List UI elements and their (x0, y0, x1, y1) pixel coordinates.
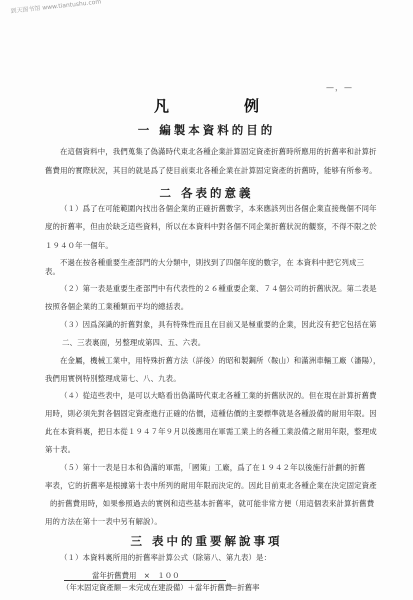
paragraph-line: （４）從這些表中，是可以大略看出偽滿時代東北各種工業的折舊狀況的。但在現在計算折… (60, 391, 377, 400)
page-title: 凡 例 (0, 95, 413, 116)
paragraph-line: 用時，則必須先對各個固定資產進行正確的估價，這種估價的主要標準就是各種設備的耐用… (45, 409, 377, 418)
paragraph-line: 不過在按各種重要生產部門的大分類中，則找到了四個年度的數字，在 本資料中把它列成… (60, 258, 364, 267)
paragraph-line: 度的折舊率，但由於缺乏這些資料，所以在本資料中對各個不同企業折舊狀況的觀察，不得… (45, 222, 377, 231)
paragraph-line: 在這個資料中，我們蒐集了偽滿時代東北各種企業計算固定資產折舊時所應用的折舊率和計… (60, 147, 377, 156)
paragraph-line: （５）第十一表是日本和偽滿的軍需，「國策」工廠，爲了在１９４２年以後施行計劃的折… (60, 463, 365, 472)
paragraph-line: （３）因爲深識的折舊對象，具有特殊性而且在目前又是極重要的企業，因此沒有把它包括… (60, 320, 377, 329)
paragraph-line: １９４０年一個年。 (45, 241, 113, 250)
formula-denominator: （年末固定資產額－未完成在建設備）＋當年折舊費 (62, 582, 232, 593)
paragraph-line: 用的方法在第十一表中另有解說）。 (45, 517, 162, 526)
paragraph-line: （１）本資料裏所用的折舊率計算公式（除第八、第九表）是： (60, 553, 271, 562)
paragraph-line: 表。 (45, 267, 60, 276)
paragraph-line: （２）第一表是重要生產部門中有代表性的２６種重要企業、７４個公司的折舊狀況。第二… (60, 284, 377, 293)
formula-fraction-bar (64, 580, 226, 581)
paragraph-line: （１）爲了在可能範圍內找出各個企業的正確折舊數字，本來應該列出各個企業直接幾個不… (60, 204, 377, 213)
paragraph-line: 舊費用的實際狀況，其目的就是爲了使目前東北各種企業在計算固定資產的折舊時，能够有… (45, 166, 377, 175)
formula-result: ＝折舊率 (230, 582, 260, 593)
section-heading-purpose: 一 編製本資料的目的 (0, 122, 413, 138)
paragraph-line: 的折舊費用時，如果參照過去的實例和這些基本折舊率，就可能非常方便（用這個表來計算… (50, 499, 374, 508)
section-heading-tables: 二 各表的意義 (0, 185, 413, 201)
paragraph-line: 第十表。 (45, 445, 75, 454)
paragraph-line: 按照各個企業的工業種類而平均的總括表。 (45, 302, 188, 311)
paragraph-line: 率表，它的折舊率是根據第十表中所列的耐用年限而決定的。因此目前東北各種企業在決定… (45, 481, 377, 490)
paragraph-line: 在金屬，機械工業中，用特殊折舊方法（詳後）的昭和製鋼所（鞍山）和滿洲車輛工廠（瀋… (60, 356, 381, 365)
paragraph-line: 二、三表裏面，另整理成第四、五、六表。 (62, 338, 205, 347)
watermark: 到天图书馆 www.tiantushu.com (10, 0, 102, 15)
page-number: —，— (326, 82, 353, 93)
paragraph-line: 我們用實例特別整理成第七、八、九表。 (45, 374, 181, 383)
paragraph-line: 此在本資料裏，把日本從１９４７年９月以後應用在軍需工業上的各種工業設備之耐用年限… (45, 427, 377, 436)
section-heading-notes: 三 表中的重要解說事項 (0, 533, 413, 549)
